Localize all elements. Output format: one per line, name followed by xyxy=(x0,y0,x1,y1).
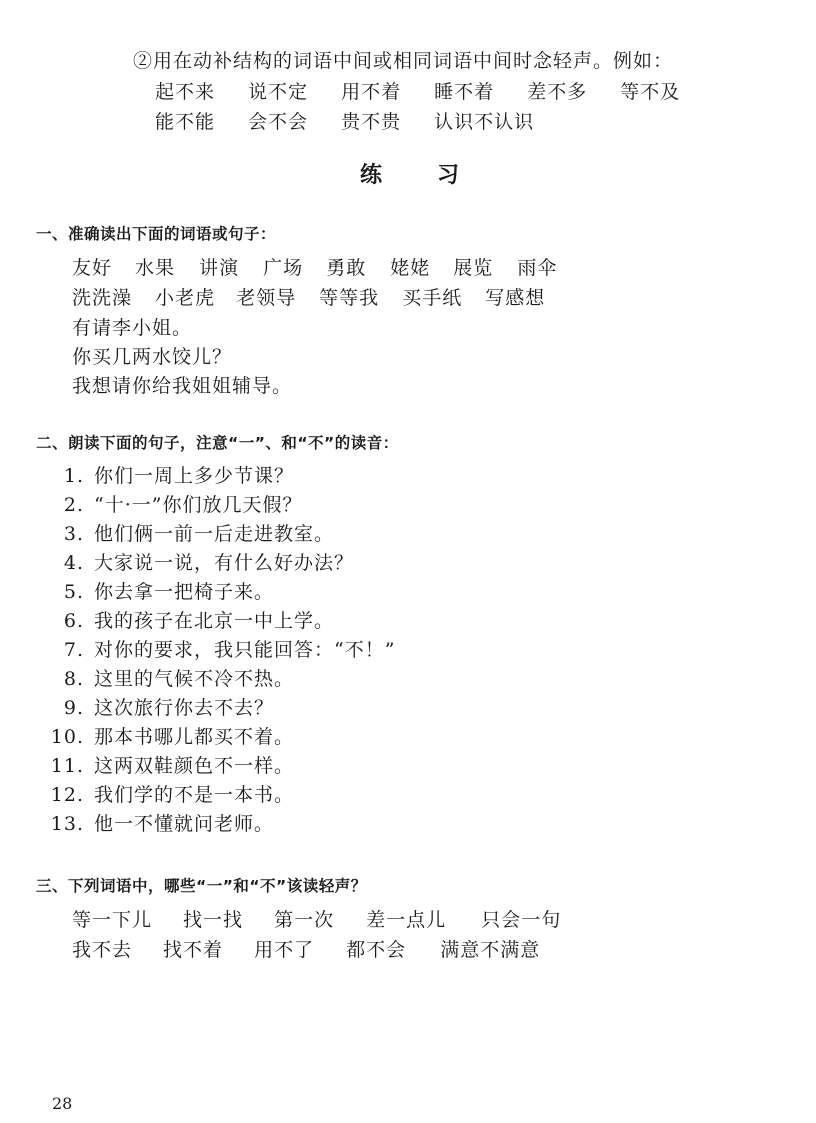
examples-row-1: 起不来 说不定 用不着 睡不着 差不多 等不及 xyxy=(155,77,680,104)
list-item: 5.你去拿一把椅子来。 xyxy=(50,577,274,604)
example-word: 会不会 xyxy=(248,107,334,134)
list-item: 8.这里的气候不冷不热。 xyxy=(50,664,294,691)
list-item: 1.你们一周上多少节课？ xyxy=(50,461,294,488)
examples-row-2: 能不能 会不会 贵不贵 认识不认识 xyxy=(155,107,534,134)
section-title-right: 习 xyxy=(437,158,459,189)
word: 等一下儿 xyxy=(72,905,176,932)
exercise-1-words-row-2: 洗洗澡 小老虎 老领导 等等我 买手纸 写感想 xyxy=(72,283,545,310)
word: 友好 xyxy=(72,253,128,280)
list-item: 4.大家说一说，有什么好办法？ xyxy=(50,548,354,575)
word: 老领导 xyxy=(236,283,312,310)
example-word: 贵不贵 xyxy=(341,107,427,134)
list-item: 3.他们俩一前一后走进教室。 xyxy=(50,519,334,546)
example-word: 等不及 xyxy=(620,77,680,104)
page-number: 28 xyxy=(52,1094,72,1113)
example-word: 用不着 xyxy=(341,77,427,104)
rule-text: ②用在动补结构的词语中间或相同词语中间时念轻声。例如： xyxy=(133,46,673,73)
word: 等等我 xyxy=(319,283,395,310)
word: 讲演 xyxy=(199,253,256,280)
word: 第一次 xyxy=(274,905,359,932)
word: 找一找 xyxy=(183,905,267,932)
exercise-3-words-row-1: 等一下儿 找一找 第一次 差一点儿 只会一句 xyxy=(72,905,561,932)
word: 水果 xyxy=(135,253,192,280)
sentence: 有请李小姐。 xyxy=(72,313,192,340)
word: 满意不满意 xyxy=(440,935,540,962)
word: 姥姥 xyxy=(390,253,446,280)
word: 小老虎 xyxy=(155,283,229,310)
word: 找不着 xyxy=(163,935,247,962)
sentence: 你买几两水饺儿？ xyxy=(72,342,232,369)
word: 雨伞 xyxy=(517,253,557,280)
word: 差一点儿 xyxy=(366,905,474,932)
example-word: 能不能 xyxy=(155,107,241,134)
word: 广场 xyxy=(263,253,319,280)
section-title-left: 练 xyxy=(360,158,382,189)
word: 写感想 xyxy=(485,283,545,310)
word: 买手纸 xyxy=(402,283,478,310)
word: 只会一句 xyxy=(481,905,561,932)
example-word: 说不定 xyxy=(248,77,334,104)
list-item: 2.“十·一”你们放几天假？ xyxy=(50,490,302,517)
list-item: 13.他一不懂就问老师。 xyxy=(50,809,274,836)
list-item: 6.我的孩子在北京一中上学。 xyxy=(50,606,334,633)
exercise-2-heading: 二、朗读下面的句子，注意“一”、和“不”的读音： xyxy=(36,431,399,453)
word: 洗洗澡 xyxy=(72,283,148,310)
word: 展览 xyxy=(453,253,510,280)
example-word: 差不多 xyxy=(527,77,613,104)
exercise-1-heading: 一、准确读出下面的词语或句子： xyxy=(36,222,276,244)
example-word: 睡不着 xyxy=(434,77,520,104)
list-item: 12.我们学的不是一本书。 xyxy=(50,780,294,807)
list-item: 7.对你的要求，我只能回答：“不！” xyxy=(50,635,395,662)
word: 我不去 xyxy=(72,935,156,962)
sentence: 我想请你给我姐姐辅导。 xyxy=(72,371,292,398)
exercise-1-words-row-1: 友好 水果 讲演 广场 勇敢 姥姥 展览 雨伞 xyxy=(72,253,557,280)
list-item: 9.这次旅行你去不去？ xyxy=(50,693,274,720)
example-word: 起不来 xyxy=(155,77,241,104)
exercise-3-words-row-2: 我不去 找不着 用不了 都不会 满意不满意 xyxy=(72,935,540,962)
example-word: 认识不认识 xyxy=(434,107,534,134)
list-item: 11.这两双鞋颜色不一样。 xyxy=(50,751,294,778)
word: 都不会 xyxy=(346,935,433,962)
word: 勇敢 xyxy=(326,253,383,280)
list-item: 10.那本书哪儿都买不着。 xyxy=(50,722,294,749)
word: 用不了 xyxy=(254,935,339,962)
exercise-3-heading: 三、下列词语中，哪些“一”和“不”该读轻声？ xyxy=(36,874,367,896)
